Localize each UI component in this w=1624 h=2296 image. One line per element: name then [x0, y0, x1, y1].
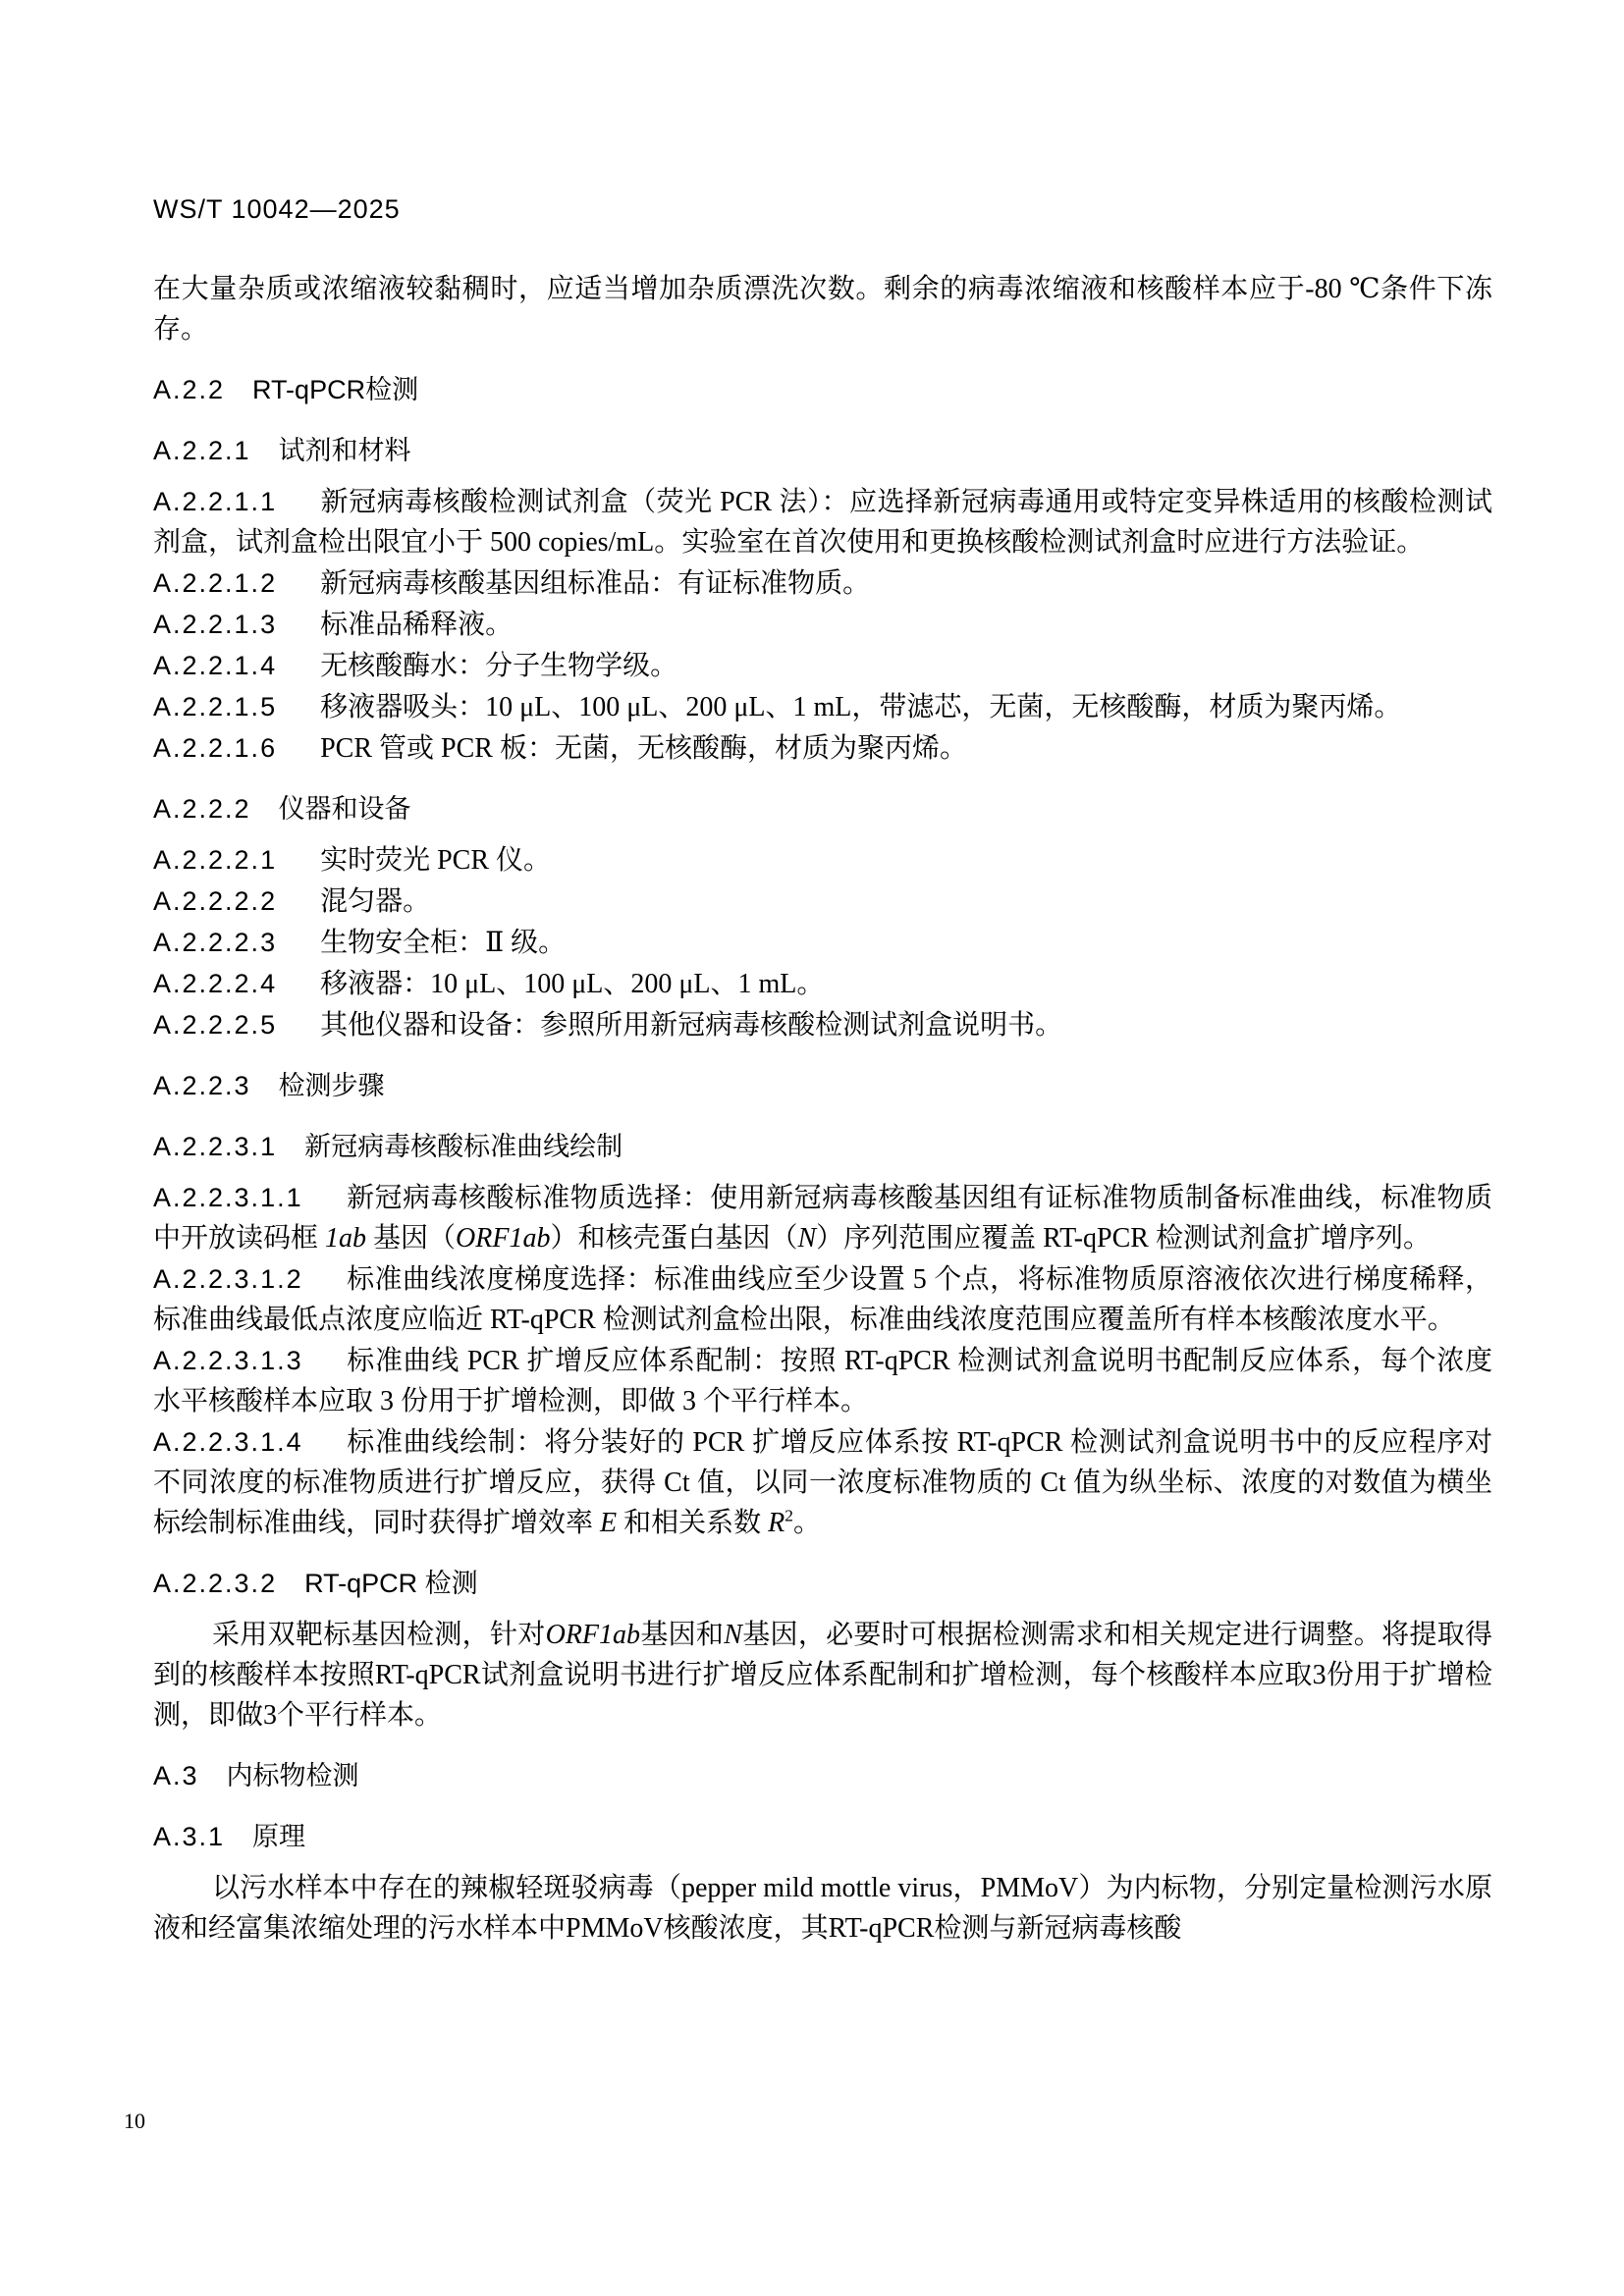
heading-a-2-2-3-1: A.2.2.3.1新冠病毒核酸标准曲线绘制 [153, 1127, 1492, 1167]
clause-a-2-2-1-1: A.2.2.1.1新冠病毒核酸检测试剂盒（荧光 PCR 法）：应选择新冠病毒通用… [153, 482, 1492, 562]
clause-text: 移液器：10 μL、100 μL、200 μL、1 mL。 [320, 969, 824, 999]
heading-title: 内标物检测 [227, 1761, 359, 1790]
heading-title: 试剂和材料 [279, 436, 411, 465]
clause-number: A.2.2.1.5 [153, 692, 277, 721]
heading-a-2-2-1: A.2.2.1试剂和材料 [153, 431, 1492, 471]
text-run: 基因和 [640, 1620, 724, 1650]
clause-a-2-2-1-4: A.2.2.1.4无核酸酶水：分子生物学级。 [153, 646, 1492, 686]
clause-number: A.2.2.3.1.3 [153, 1346, 303, 1375]
superscript: 2 [785, 1507, 793, 1525]
heading-number: A.2.2 [153, 375, 225, 404]
heading-number: A.2.2.1 [153, 436, 251, 465]
clause-text: 混匀器。 [320, 886, 430, 917]
clause-a-2-2-2-5: A.2.2.2.5其他仪器和设备：参照所用新冠病毒核酸检测试剂盒说明书。 [153, 1005, 1492, 1045]
clause-a-2-2-1-2: A.2.2.1.2新冠病毒核酸基因组标准品：有证标准物质。 [153, 563, 1492, 604]
clause-number: A.2.2.1.1 [153, 487, 277, 516]
clause-a-2-2-1-5: A.2.2.1.5移液器吸头：10 μL、100 μL、200 μL、1 mL，… [153, 687, 1492, 727]
clause-number: A.2.2.3.1.4 [153, 1427, 303, 1457]
clause-a-2-2-3-1-4: A.2.2.3.1.4标准曲线绘制：将分装好的 PCR 扩增反应体系按 RT-q… [153, 1422, 1492, 1543]
heading-a-3: A.3内标物检测 [153, 1756, 1492, 1796]
clause-number: A.2.2.2.5 [153, 1010, 277, 1040]
heading-title: RT-qPCR检测 [252, 375, 418, 404]
italic-term: N [797, 1223, 816, 1254]
heading-title: 新冠病毒核酸标准曲线绘制 [304, 1132, 623, 1161]
heading-number: A.2.2.2 [153, 794, 251, 824]
heading-a-3-1: A.3.1原理 [153, 1817, 1492, 1857]
heading-number: A.3 [153, 1761, 199, 1790]
text-run: 标准曲线浓度梯度选择：标准曲线应至少设置 5 个点，将标准物质原溶液依次进行梯度… [153, 1264, 1492, 1335]
clause-a-2-2-1-6: A.2.2.1.6PCR 管或 PCR 板：无菌，无核酸酶，材质为聚丙烯。 [153, 728, 1492, 769]
clause-number: A.2.2.1.3 [153, 610, 277, 639]
italic-term: 1ab [325, 1223, 366, 1254]
standard-document-page: WS/T 10042—2025 在大量杂质或浓缩液较黏稠时，应适当增加杂质漂洗次… [0, 0, 1624, 2296]
italic-term: ORF1ab [456, 1223, 550, 1254]
heading-title: 检测步骤 [279, 1071, 385, 1100]
clause-number: A.2.2.2.1 [153, 845, 277, 875]
text-run: 采用双靶标基因检测，针对 [212, 1620, 546, 1650]
heading-number: A.2.2.3.1 [153, 1132, 277, 1161]
paragraph-principle: 以污水样本中存在的辣椒轻斑驳病毒（pepper mild mottle viru… [153, 1868, 1492, 1949]
heading-number: A.2.2.3 [153, 1071, 251, 1100]
clause-number: A.2.2.2.3 [153, 928, 277, 957]
clause-text: 标准曲线浓度梯度选择：标准曲线应至少设置 5 个点，将标准物质原溶液依次进行梯度… [153, 1264, 1492, 1335]
paragraph-continuation: 在大量杂质或浓缩液较黏稠时，应适当增加杂质漂洗次数。剩余的病毒浓缩液和核酸样本应… [153, 269, 1492, 349]
text-run: 标准曲线 PCR 扩增反应体系配制：按照 RT-qPCR 检测试剂盒说明书配制反… [153, 1346, 1492, 1416]
clause-a-2-2-3-1-1: A.2.2.3.1.1新冠病毒核酸标准物质选择：使用新冠病毒核酸基因组有证标准物… [153, 1178, 1492, 1258]
clause-text: 新冠病毒核酸检测试剂盒（荧光 PCR 法）：应选择新冠病毒通用或特定变异株适用的… [153, 487, 1492, 558]
clause-text: 新冠病毒核酸标准物质选择：使用新冠病毒核酸基因组有证标准物质制备标准曲线，标准物… [153, 1183, 1492, 1254]
heading-a-2-2: A.2.2RT-qPCR检测 [153, 370, 1492, 410]
text-run: ）序列范围应覆盖 RT-qPCR 检测试剂盒扩增序列。 [816, 1223, 1431, 1254]
clause-a-2-2-2-3: A.2.2.2.3生物安全柜：Ⅱ 级。 [153, 923, 1492, 963]
clause-a-2-2-1-3: A.2.2.1.3标准品稀释液。 [153, 605, 1492, 645]
italic-term: R [768, 1508, 785, 1538]
clause-number: A.2.2.2.4 [153, 969, 277, 998]
clause-number: A.2.2.1.6 [153, 733, 277, 763]
standard-code: WS/T 10042—2025 [153, 194, 401, 224]
clause-a-2-2-3-1-2: A.2.2.3.1.2标准曲线浓度梯度选择：标准曲线应至少设置 5 个点，将标准… [153, 1259, 1492, 1340]
clause-a-2-2-2-2: A.2.2.2.2混匀器。 [153, 881, 1492, 922]
heading-a-2-2-2: A.2.2.2仪器和设备 [153, 789, 1492, 829]
heading-number: A.2.2.3.2 [153, 1569, 277, 1598]
clause-a-2-2-2-4: A.2.2.2.4移液器：10 μL、100 μL、200 μL、1 mL。 [153, 964, 1492, 1004]
heading-title: 原理 [252, 1822, 305, 1851]
clause-text: 新冠病毒核酸基因组标准品：有证标准物质。 [320, 568, 870, 599]
text-run: ）和核壳蛋白基因（ [550, 1223, 797, 1254]
clause-number: A.2.2.3.1.2 [153, 1264, 303, 1294]
clause-text: 标准品稀释液。 [320, 610, 513, 640]
clause-number: A.2.2.1.4 [153, 651, 277, 680]
clause-text: 无核酸酶水：分子生物学级。 [320, 651, 677, 681]
clause-text: 生物安全柜：Ⅱ 级。 [320, 928, 566, 958]
clause-number: A.2.2.3.1.1 [153, 1183, 303, 1212]
clause-text: PCR 管或 PCR 板：无菌，无核酸酶，材质为聚丙烯。 [320, 733, 967, 764]
heading-title: 仪器和设备 [279, 794, 411, 824]
page-number: 10 [124, 2107, 145, 2136]
italic-term: E [600, 1508, 617, 1538]
clause-text: 移液器吸头：10 μL、100 μL、200 μL、1 mL，带滤芯，无菌，无核… [320, 692, 1401, 722]
clause-text: 其他仪器和设备：参照所用新冠病毒核酸检测试剂盒说明书。 [320, 1010, 1062, 1041]
clause-number: A.2.2.1.2 [153, 568, 277, 598]
clause-text: 标准曲线 PCR 扩增反应体系配制：按照 RT-qPCR 检测试剂盒说明书配制反… [153, 1346, 1492, 1416]
clause-number: A.2.2.2.2 [153, 886, 277, 916]
text-run: 基因（ [366, 1223, 456, 1254]
text-run: 和相关系数 [617, 1508, 768, 1538]
document-body: 在大量杂质或浓缩液较黏稠时，应适当增加杂质漂洗次数。剩余的病毒浓缩液和核酸样本应… [153, 269, 1492, 1949]
italic-term: N [724, 1620, 742, 1650]
heading-number: A.3.1 [153, 1822, 225, 1851]
heading-a-2-2-3: A.2.2.3检测步骤 [153, 1066, 1492, 1106]
italic-term: ORF1ab [546, 1620, 640, 1650]
text-run: 标准曲线绘制：将分装好的 PCR 扩增反应体系按 RT-qPCR 检测试剂盒说明… [153, 1427, 1492, 1538]
text-run: 。 [793, 1508, 821, 1538]
heading-a-2-2-3-2: A.2.2.3.2RT-qPCR 检测 [153, 1564, 1492, 1604]
clause-a-2-2-3-1-3: A.2.2.3.1.3标准曲线 PCR 扩增反应体系配制：按照 RT-qPCR … [153, 1341, 1492, 1421]
clause-text: 标准曲线绘制：将分装好的 PCR 扩增反应体系按 RT-qPCR 检测试剂盒说明… [153, 1427, 1492, 1538]
heading-title: RT-qPCR 检测 [304, 1569, 478, 1598]
clause-a-2-2-2-1: A.2.2.2.1实时荧光 PCR 仪。 [153, 840, 1492, 881]
paragraph-rtqpcr-detection: 采用双靶标基因检测，针对ORF1ab基因和N基因，必要时可根据检测需求和相关规定… [153, 1615, 1492, 1735]
page-header: WS/T 10042—2025 [153, 192, 1492, 226]
clause-text: 实时荧光 PCR 仪。 [320, 845, 551, 876]
